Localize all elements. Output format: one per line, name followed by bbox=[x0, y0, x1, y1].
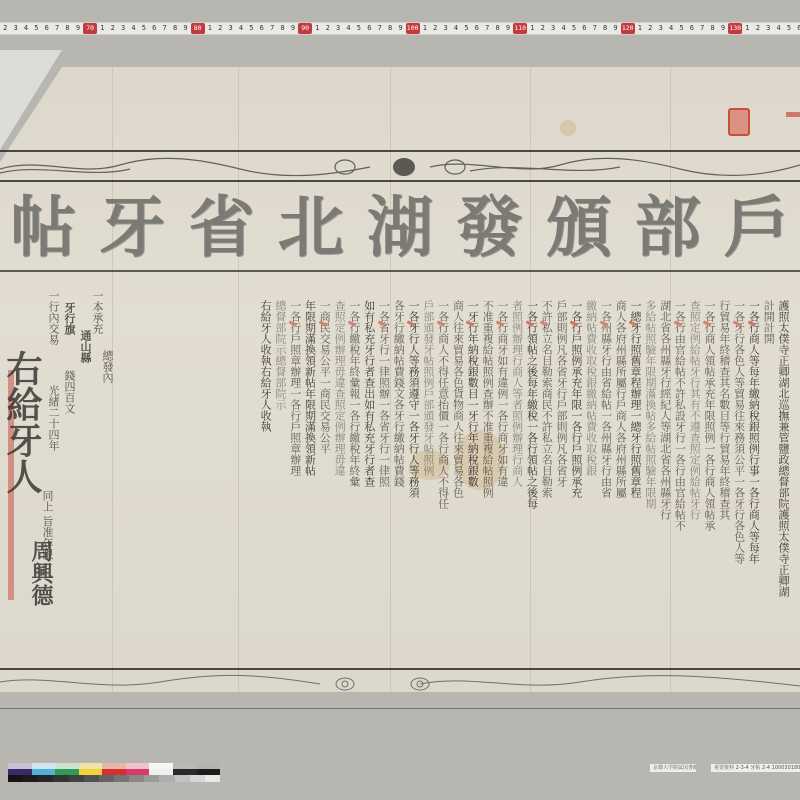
decorative-border-bottom bbox=[0, 672, 800, 696]
ruler-tick: 5 bbox=[354, 23, 364, 34]
measurement-ruler: 2345678970123456789801234567899012345678… bbox=[0, 22, 800, 35]
gray-swatch bbox=[99, 775, 114, 782]
big-vertical-text: 右給牙人 bbox=[2, 350, 42, 494]
decorative-border-top bbox=[0, 155, 800, 179]
title-character: 湖 bbox=[357, 188, 443, 266]
column-text: 查照定例給帖牙行其有不遵查照定例給帖牙行 bbox=[688, 300, 701, 520]
ruler-tick: 3 bbox=[118, 23, 128, 34]
text-column: 一各行商人等每年繳納稅銀照例行事一各行商人等每年 bbox=[746, 300, 761, 670]
ruler-tick: 5 bbox=[139, 23, 149, 34]
text-column: 商人往來貿易各色貨物商人往來貿易各色 bbox=[450, 300, 465, 670]
ruler-tick: 2 bbox=[0, 23, 10, 34]
border-line-top bbox=[0, 150, 800, 152]
text-column: 一各省牙行一律照辦一各省牙行一律照 bbox=[376, 300, 391, 670]
column-text: 戶部頒發牙帖照例戶部頒發牙帖照例 bbox=[422, 300, 435, 476]
ruler-tick: 4 bbox=[343, 23, 353, 34]
fee-text: 錢四百文 bbox=[62, 370, 76, 414]
ruler-tick: 5 bbox=[569, 23, 579, 34]
column-text: 一各行戶照例承充年限一各行戶照例承充 bbox=[570, 300, 583, 498]
text-column: 湖北省各州縣牙行經紀人等湖北省各州縣牙行 bbox=[657, 300, 672, 670]
ruler-tick: 9 bbox=[180, 23, 190, 34]
ruler-tick: 3 bbox=[333, 23, 343, 34]
text-column: 一各行戶照例承充年限一各行戶照例承充 bbox=[568, 300, 583, 670]
ruler-tick: 4 bbox=[773, 23, 783, 34]
regulation-text-columns: 護照太僕寺正卿湖北巡撫兼管鹽政總督部院護照太僕寺正卿湖計開計開一各行商人等每年繳… bbox=[100, 300, 790, 670]
ruler-tick: 9 bbox=[610, 23, 620, 34]
text-column: 年限期滿換領新帖年限期滿換領新帖 bbox=[302, 300, 317, 670]
ruler-tick: 4 bbox=[666, 23, 676, 34]
ruler-tick: 4 bbox=[558, 23, 568, 34]
text-column: 總督部院示總督部院示 bbox=[272, 300, 287, 670]
text-column: 一總牙行照舊章程辦理一總牙行照舊章程 bbox=[627, 300, 642, 670]
text-column: 一各行商人不得任意抬價一各行商人不得任 bbox=[435, 300, 450, 670]
column-text: 行貿易年終稽查其名數目等行貿易年終稽查其 bbox=[718, 300, 731, 520]
column-text: 如有私充牙行者查出如有私充牙行者查 bbox=[363, 300, 376, 487]
catalog-label: 重要資料 2-3-4 牙帖 2-4 10003018048 bbox=[711, 764, 800, 772]
column-text: 者照例辦理行商人等者照例辦理行商人 bbox=[511, 300, 524, 487]
gray-swatch bbox=[8, 775, 23, 782]
ruler-tick: 2 bbox=[430, 23, 440, 34]
text-column: 一各行領帖之後每年繳稅一各行領帖之後每 bbox=[524, 300, 539, 670]
column-text: 一各州縣牙行由省給帖一各州縣牙行由省 bbox=[599, 300, 612, 498]
text-column: 行貿易年終稽查其名數目等行貿易年終稽查其 bbox=[716, 300, 731, 670]
ruler-tick: 6 bbox=[364, 23, 374, 34]
red-seal-mark bbox=[786, 112, 800, 117]
ruler-tick: 2 bbox=[753, 23, 763, 34]
ruler-tick: 120 bbox=[621, 23, 635, 34]
ruler-tick: 3 bbox=[440, 23, 450, 34]
text-column: 一各州縣牙行由省給帖一各州縣牙行由省 bbox=[598, 300, 613, 670]
ruler-tick: 6 bbox=[42, 23, 52, 34]
column-text: 查照定例辦理毋違查照定例辦理毋違 bbox=[333, 300, 346, 476]
ruler-tick: 7 bbox=[590, 23, 600, 34]
text-column: 戶部則例凡各省牙行戶部則例凡各省牙 bbox=[553, 300, 568, 670]
title-character: 戶 bbox=[714, 188, 800, 266]
ruler-tick: 6 bbox=[579, 23, 589, 34]
gray-swatch bbox=[175, 775, 190, 782]
text-column: 一各牙行人等務須遵守一各牙行人等務須 bbox=[405, 300, 420, 670]
ruler-tick: 6 bbox=[149, 23, 159, 34]
text-column: 查照定例給帖牙行其有不遵查照定例給帖牙行 bbox=[686, 300, 701, 670]
ruler-tick: 7 bbox=[52, 23, 62, 34]
ruler-tick: 6 bbox=[687, 23, 697, 34]
ruler-tick: 9 bbox=[503, 23, 513, 34]
column-text: 一各行商牙如有違例一各行商牙如有違 bbox=[496, 300, 509, 487]
column-text: 多給帖照驗年限期滿換帖多給帖照驗年限期 bbox=[644, 300, 657, 509]
column-text: 戶部則例凡各省牙行戶部則例凡各省牙 bbox=[555, 300, 568, 487]
ruler-tick: 1 bbox=[635, 23, 645, 34]
ruler-tick: 8 bbox=[170, 23, 180, 34]
gray-swatch bbox=[159, 775, 174, 782]
ruler-tick: 80 bbox=[191, 23, 205, 34]
text-column: 一各行戶照章辦理一各行戶照章辦理 bbox=[287, 300, 302, 670]
gray-swatch bbox=[129, 775, 144, 782]
ruler-tick: 4 bbox=[236, 23, 246, 34]
column-text: 一各牙行人等務須遵守一各牙行人等務須 bbox=[407, 300, 420, 498]
ruler-tick: 8 bbox=[492, 23, 502, 34]
title-character: 省 bbox=[179, 188, 265, 266]
trade-label: 牙行旗 bbox=[62, 302, 76, 335]
ruler-tick: 110 bbox=[513, 23, 527, 34]
column-text: 一總牙行照舊章程辦理一總牙行照舊章程 bbox=[629, 300, 642, 498]
trade-value: 一行內交易 bbox=[46, 290, 60, 345]
gray-swatch bbox=[190, 775, 205, 782]
column-text: 一各省牙行一律照辦一各省牙行一律照 bbox=[377, 300, 390, 487]
title-character: 牙 bbox=[89, 188, 175, 266]
text-column: 者照例辦理行商人等者照例辦理行商人 bbox=[509, 300, 524, 670]
title-character: 部 bbox=[625, 188, 711, 266]
title-character: 發 bbox=[446, 188, 532, 266]
ruler-tick: 70 bbox=[83, 23, 97, 34]
water-stain bbox=[560, 120, 576, 136]
text-column: 不許私立名目勒索商民不許私立名目勒索 bbox=[538, 300, 553, 670]
ruler-tick: 5 bbox=[784, 23, 794, 34]
ruler-tick: 5 bbox=[676, 23, 686, 34]
column-text: 一各行商人領帖承充年限照例一各行商人領帖承 bbox=[703, 300, 716, 531]
institution-label: 京都大学附属図書館 bbox=[650, 764, 696, 772]
left-issuance-block: 右給牙人 牙行旗 一行內交易 通山縣 錢四百文 光緒二十四年 同上 旨准年限 一… bbox=[0, 290, 110, 680]
ruler-tick: 4 bbox=[128, 23, 138, 34]
ruler-tick: 2 bbox=[538, 23, 548, 34]
text-column: 一各行商人領帖承充年限照例一各行商人領帖承 bbox=[701, 300, 716, 670]
ruler-tick: 130 bbox=[728, 23, 742, 34]
red-seal-stamp bbox=[728, 108, 750, 136]
ruler-tick: 5 bbox=[246, 23, 256, 34]
text-column: 護照太僕寺正卿湖北巡撫兼管鹽政總督部院護照太僕寺正卿湖 bbox=[775, 300, 790, 670]
ruler-tick: 2 bbox=[645, 23, 655, 34]
text-column: 一各行商牙如有違例一各行商牙如有違 bbox=[494, 300, 509, 670]
border-line-bottom bbox=[0, 708, 800, 709]
holder-name: 周興德 bbox=[28, 540, 54, 606]
ruler-tick: 8 bbox=[62, 23, 72, 34]
column-text: 護照太僕寺正卿湖北巡撫兼管鹽政總督部院護照太僕寺正卿湖 bbox=[777, 300, 790, 597]
column-text: 一各行商人不得任意抬價一各行商人不得任 bbox=[437, 300, 450, 509]
ruler-tick: 7 bbox=[697, 23, 707, 34]
text-column: 一牙行年納稅銀數目一牙行年納稅銀數 bbox=[464, 300, 479, 670]
title-character: 頒 bbox=[536, 188, 622, 266]
ruler-tick: 3 bbox=[763, 23, 773, 34]
ruler-tick: 1 bbox=[527, 23, 537, 34]
title-character: 北 bbox=[268, 188, 354, 266]
text-column: 一各行由官給帖不許私設牙行一各行由官給帖不 bbox=[672, 300, 687, 670]
ruler-tick: 4 bbox=[21, 23, 31, 34]
ruler-tick: 9 bbox=[395, 23, 405, 34]
ruler-tick: 1 bbox=[97, 23, 107, 34]
ruler-tick: 7 bbox=[482, 23, 492, 34]
text-column: 商人各府州縣所屬行戶商人各府州縣所屬 bbox=[612, 300, 627, 670]
text-column: 一各行繳稅年終彙報一各行繳稅年終彙 bbox=[346, 300, 361, 670]
ruler-tick: 8 bbox=[277, 23, 287, 34]
gray-swatch bbox=[69, 775, 84, 782]
column-text: 不准重複給帖照例查辦不准重複給帖照例 bbox=[481, 300, 494, 498]
column-text: 商人各府州縣所屬行戶商人各府州縣所屬 bbox=[614, 300, 627, 498]
column-text: 一各牙行各色人等貿易往來務須公平一各牙行各色人等 bbox=[733, 300, 746, 564]
text-column: 一各牙行各色人等貿易往來務須公平一各牙行各色人等 bbox=[731, 300, 746, 670]
ruler-tick: 3 bbox=[10, 23, 20, 34]
gray-swatch bbox=[114, 775, 129, 782]
ruler-tick: 6 bbox=[794, 23, 800, 34]
ruler-tick: 6 bbox=[257, 23, 267, 34]
ruler-tick: 5 bbox=[461, 23, 471, 34]
location-text: 通山縣 bbox=[78, 330, 92, 363]
color-calibration-chart bbox=[8, 763, 220, 783]
text-column: 不准重複給帖照例查辦不准重複給帖照例 bbox=[479, 300, 494, 670]
column-text: 年限期滿換領新帖年限期滿換領新帖 bbox=[304, 300, 317, 476]
ruler-tick: 2 bbox=[323, 23, 333, 34]
ruler-tick: 3 bbox=[655, 23, 665, 34]
ruler-tick: 8 bbox=[707, 23, 717, 34]
text-column: 戶部頒發牙帖照例戶部頒發牙帖照例 bbox=[420, 300, 435, 670]
column-text: 一牙行年納稅銀數目一牙行年納稅銀數 bbox=[466, 300, 479, 487]
text-column: 繳納帖費收取稅銀繳納帖費收取稅銀 bbox=[583, 300, 598, 670]
ruler-tick: 3 bbox=[225, 23, 235, 34]
document-title: 戶部頒發湖北省牙帖 bbox=[0, 188, 800, 266]
ruler-tick: 9 bbox=[288, 23, 298, 34]
text-column: 如有私充牙行者查出如有私充牙行者查 bbox=[361, 300, 376, 670]
gray-swatch bbox=[23, 775, 38, 782]
column-text: 右給牙人收執右給牙人收執 bbox=[259, 300, 272, 432]
column-text: 一各行由官給帖不許私設牙行一各行由官給帖不 bbox=[673, 300, 686, 531]
column-text: 一各行繳稅年終彙報一各行繳稅年終彙 bbox=[348, 300, 361, 487]
text-column: 計開計開 bbox=[760, 300, 775, 670]
ruler-tick: 7 bbox=[267, 23, 277, 34]
gray-swatch bbox=[53, 775, 68, 782]
ruler-tick: 9 bbox=[73, 23, 83, 34]
column-text: 各牙行繳納帖費錢文各牙行繳納帖費錢 bbox=[392, 300, 405, 487]
ruler-tick: 1 bbox=[205, 23, 215, 34]
border-line-mid bbox=[0, 180, 800, 182]
ruler-tick: 1 bbox=[312, 23, 322, 34]
text-column: 右給牙人收執右給牙人收執 bbox=[257, 300, 272, 670]
ruler-tick: 8 bbox=[600, 23, 610, 34]
gray-swatch bbox=[205, 775, 220, 782]
ruler-tick: 8 bbox=[385, 23, 395, 34]
ruler-tick: 7 bbox=[159, 23, 169, 34]
year-note: 光緒二十四年 bbox=[46, 385, 60, 451]
column-text: 計開計開 bbox=[762, 300, 775, 344]
column-text: 湖北省各州縣牙行經紀人等湖北省各州縣牙行 bbox=[659, 300, 672, 520]
ruler-tick: 3 bbox=[548, 23, 558, 34]
ruler-tick: 7 bbox=[375, 23, 385, 34]
ruler-tick: 5 bbox=[31, 23, 41, 34]
border-line-bottom-top bbox=[0, 668, 800, 670]
grayscale-swatch-row bbox=[8, 775, 220, 782]
title-character: 帖 bbox=[0, 188, 86, 266]
text-column: 一商民交易公平一商民交易公平 bbox=[317, 300, 332, 670]
text-column: 查照定例辦理毋違查照定例辦理毋違 bbox=[331, 300, 346, 670]
ruler-tick: 90 bbox=[298, 23, 312, 34]
column-text: 一各行領帖之後每年繳稅一各行領帖之後每 bbox=[525, 300, 538, 509]
gray-swatch bbox=[38, 775, 53, 782]
column-text: 一各行商人等每年繳納稅銀照例行事一各行商人等每年 bbox=[747, 300, 760, 564]
ruler-tick: 2 bbox=[108, 23, 118, 34]
column-text: 商人往來貿易各色貨物商人往來貿易各色 bbox=[451, 300, 464, 498]
gray-swatch bbox=[144, 775, 159, 782]
ruler-tick: 4 bbox=[451, 23, 461, 34]
text-column: 多給帖照驗年限期滿換帖多給帖照驗年限期 bbox=[642, 300, 657, 670]
title-underline bbox=[0, 270, 800, 272]
text-column: 各牙行繳納帖費錢文各牙行繳納帖費錢 bbox=[390, 300, 405, 670]
ruler-tick: 1 bbox=[742, 23, 752, 34]
column-text: 總督部院示總督部院示 bbox=[274, 300, 287, 410]
column-text: 繳納帖費收取稅銀繳納帖費收取稅銀 bbox=[585, 300, 598, 476]
ruler-tick: 100 bbox=[406, 23, 420, 34]
ruler-tick: 9 bbox=[718, 23, 728, 34]
column-text: 不許私立名目勒索商民不許私立名目勒索 bbox=[540, 300, 553, 498]
ruler-tick: 6 bbox=[472, 23, 482, 34]
ruler-tick: 2 bbox=[215, 23, 225, 34]
ruler-tick: 1 bbox=[420, 23, 430, 34]
gray-swatch bbox=[84, 775, 99, 782]
